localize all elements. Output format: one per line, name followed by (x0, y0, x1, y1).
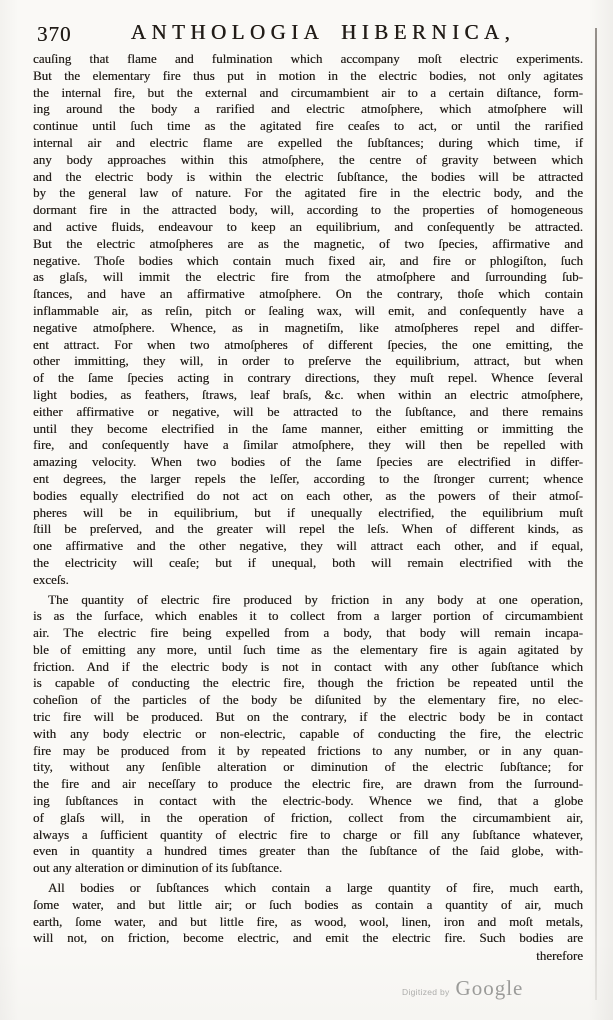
text-line: one affirmative and the other negative, … (33, 538, 583, 555)
text-line: out any alteration or diminution of its … (33, 860, 583, 877)
text-line: is as the ſurface, which enables it to c… (33, 608, 583, 625)
text-line: ent degrees, the larger repels the leſſe… (33, 471, 583, 488)
body-text: cauſing that flame and fulmination which… (33, 51, 583, 965)
text-line: of the ſame ſpecies acting in contrary d… (33, 370, 583, 387)
text-line: fire, and conſequently have a ſimilar at… (33, 437, 583, 454)
text-line: negative. Thoſe bodies which contain muc… (33, 253, 583, 270)
text-line: cauſing that flame and fulmination which… (33, 51, 583, 68)
text-line: tric fire will be produced. But on the c… (33, 709, 583, 726)
text-line: internal air and electric flame are expe… (33, 135, 583, 152)
paragraph: The quantity of electric fire produced b… (33, 592, 583, 878)
text-line: light bodies, as feathers, ſtraws, leaf … (33, 387, 583, 404)
text-line: and active fluids, endeavour to keep an … (33, 219, 583, 236)
text-line: ſome water, and but little air; or ſuch … (33, 897, 583, 914)
text-line: air. The electric fire being expelled fr… (33, 625, 583, 642)
text-line: ing around the body a rarified and elect… (33, 101, 583, 118)
text-line: of glaſs will, in the operation of frict… (33, 810, 583, 827)
text-line: amazing velocity. When two bodies of the… (33, 454, 583, 471)
text-line: continue until ſuch time as the agitated… (33, 118, 583, 135)
text-line: All bodies or ſubſtances which contain a… (33, 880, 583, 897)
running-head: 370 ANTHOLOGIA HIBERNICA, (33, 20, 583, 50)
text-line: The quantity of electric fire produced b… (33, 592, 583, 609)
text-line: by the general law of nature. For the ag… (33, 185, 583, 202)
google-logo: Google (456, 976, 524, 1001)
page-title: ANTHOLOGIA HIBERNICA, (33, 20, 583, 45)
text-line: coheſion of the particles of the body be… (33, 692, 583, 709)
text-line: exceſs. (33, 572, 583, 589)
text-line: the fire and air neceſſary to produce th… (33, 776, 583, 793)
digitization-watermark: Digitized by Google (402, 976, 523, 1001)
text-line: as glaſs, will immit the electric fire f… (33, 269, 583, 286)
page-edge-scan-artifact (595, 28, 597, 1000)
text-line: bodies equally electrified do not act on… (33, 488, 583, 505)
text-line: is capable of conducting the electric fi… (33, 675, 583, 692)
text-line: fire may be produced from it by repeated… (33, 743, 583, 760)
text-line: even in quantity a hundred times greater… (33, 843, 583, 860)
text-line: with any body electric or non-electric, … (33, 726, 583, 743)
text-line: will not, on friction, become electric, … (33, 930, 583, 947)
text-line: ſtill be preſerved, and the greater will… (33, 521, 583, 538)
text-line: earth, ſome water, and but little fire, … (33, 914, 583, 931)
watermark-prefix-label: Digitized by (402, 987, 450, 997)
text-line: But the elementary fire thus put in moti… (33, 68, 583, 85)
paragraph: All bodies or ſubſtances which contain a… (33, 880, 583, 947)
text-line: always a ſufficient quantity of electric… (33, 827, 583, 844)
text-line: tity, without any ſenſible alteration or… (33, 759, 583, 776)
text-line: friction. And if the electric body is no… (33, 659, 583, 676)
text-line: and the electric body is within the elec… (33, 169, 583, 186)
text-line: either affirmative or negative, will be … (33, 404, 583, 421)
text-line: the internal fire, but the external and … (33, 85, 583, 102)
text-line: ble of emitting any more, until ſuch tim… (33, 642, 583, 659)
paragraphs-container: cauſing that flame and fulmination which… (33, 51, 583, 947)
catchword: therefore (33, 948, 583, 965)
text-line: negative atmoſphere. Whence, as in magne… (33, 320, 583, 337)
text-line: ing ſubſtances in contact with the elect… (33, 793, 583, 810)
text-line: the electricity will ceaſe; but if unequ… (33, 555, 583, 572)
paragraph: cauſing that flame and fulmination which… (33, 51, 583, 589)
scanned-book-page: { "page": { "page_number": "370", "heade… (0, 0, 613, 1020)
text-line: But the electric atmoſpheres are as the … (33, 236, 583, 253)
text-line: until they become electrified in the ſam… (33, 421, 583, 438)
text-line: ſtances, and have an affirmative atmoſph… (33, 286, 583, 303)
text-line: pheres will be in equilibrium, but if un… (33, 505, 583, 522)
text-line: ent attract. For when two atmoſpheres of… (33, 337, 583, 354)
page-number: 370 (37, 22, 72, 47)
text-line: inflammable air, as reſin, pitch or ſeal… (33, 303, 583, 320)
text-line: dormant fire in the attracted body, will… (33, 202, 583, 219)
text-line: any body approaches within this atmoſphe… (33, 152, 583, 169)
text-line: other immitting, they will, in order to … (33, 353, 583, 370)
